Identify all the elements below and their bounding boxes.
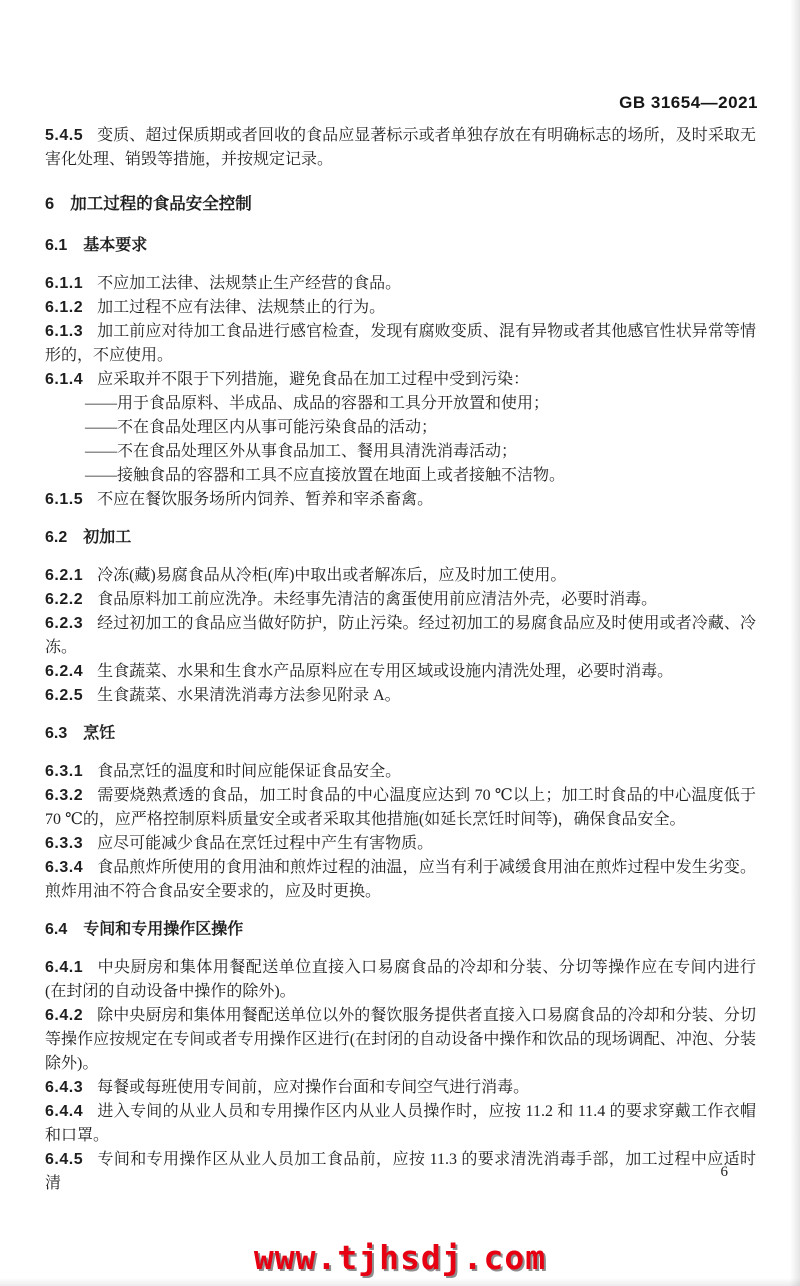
clause-6.3.2: 6.3.2需要烧熟煮透的食品，加工时食品的中心温度应达到 70 ℃以上；加工时食… [45,784,756,832]
clause-6.4.4: 6.4.4进入专间的从业人员和专用操作区内从业人员操作时，应按 11.2 和 1… [45,1100,756,1148]
section-heading-6.4: 6.4专间和专用操作区操作 [45,918,756,942]
clause-6.3.1: 6.3.1食品烹饪的温度和时间应能保证食品安全。 [45,760,756,784]
clause-number: 6.4.4 [45,1103,97,1120]
section-heading-6.3: 6.3烹饪 [45,722,756,746]
clause-number: 6.3.2 [45,787,97,804]
clause-number: 5.4.5 [45,127,97,144]
clause-6.2.2: 6.2.2食品原料加工前应洗净。未经事先清洁的禽蛋使用前应清洁外壳，必要时消毒。 [45,588,756,612]
clause-number: 6.2.3 [45,615,97,632]
clause-number: 6.3.1 [45,763,97,780]
section-heading-6.2: 6.2初加工 [45,526,756,550]
dash-item: ——用于食品原料、半成品、成品的容器和工具分开放置和使用； [45,392,756,416]
clause-6.3.4: 6.3.4食品煎炸所使用的食用油和煎炸过程的油温，应当有利于减缓食用油在煎炸过程… [45,856,756,904]
clause-6.4.2: 6.4.2除中央厨房和集体用餐配送单位以外的餐饮服务提供者直接入口易腐食品的冷却… [45,1004,756,1076]
document-page: GB 31654—2021 5.4.5变质、超过保质期或者回收的食品应显著标示或… [0,0,800,1286]
page-number: 6 [721,1164,729,1181]
clause-number: 6.1.2 [45,299,97,316]
clause-number: 6.4.5 [45,1151,97,1168]
clause-6.2.3: 6.2.3经过初加工的食品应当做好防护，防止污染。经过初加工的易腐食品应及时使用… [45,612,756,660]
clause-number: 6.1 [45,237,83,254]
clause-number: 6.2.2 [45,591,97,608]
clause-6.3.3: 6.3.3应尽可能减少食品在烹饪过程中产生有害物质。 [45,832,756,856]
clause-number: 6.1.4 [45,371,97,388]
clause-6.1.4: 6.1.4应采取并不限于下列措施，避免食品在加工过程中受到污染： [45,368,756,392]
clause-5.4.5: 5.4.5变质、超过保质期或者回收的食品应显著标示或者单独存放在有明确标志的场所… [45,124,756,172]
clause-number: 6.2.4 [45,663,97,680]
clause-6.1.5: 6.1.5不应在餐饮服务场所内饲养、暂养和宰杀畜禽。 [45,488,756,512]
clause-number: 6.4.3 [45,1079,97,1096]
clause-6.4.5: 6.4.5专间和专用操作区从业人员加工食品前，应按 11.3 的要求清洗消毒手部… [45,1148,756,1196]
clause-6.1.3: 6.1.3加工前应对待加工食品进行感官检查，发现有腐败变质、混有异物或者其他感官… [45,320,756,368]
clause-number: 6.1.3 [45,323,97,340]
clause-6.2.1: 6.2.1冷冻(藏)易腐食品从冷柜(库)中取出或者解冻后，应及时加工使用。 [45,564,756,588]
document-body: 5.4.5变质、超过保质期或者回收的食品应显著标示或者单独存放在有明确标志的场所… [45,124,756,1196]
clause-6.2.5: 6.2.5生食蔬菜、水果清洗消毒方法参见附录 A。 [45,684,756,708]
clause-number: 6.4.2 [45,1007,97,1024]
clause-6.4.3: 6.4.3每餐或每班使用专间前，应对操作台面和专间空气进行消毒。 [45,1076,756,1100]
dash-item: ——不在食品处理区内从事可能污染食品的活动； [45,416,756,440]
dash-item: ——不在食品处理区外从事食品加工、餐用具清洗消毒活动； [45,440,756,464]
clause-number: 6.3.4 [45,859,97,876]
clause-number: 6.1.1 [45,275,97,292]
clause-number: 6.3.3 [45,835,97,852]
clause-6.4.1: 6.4.1中央厨房和集体用餐配送单位直接入口易腐食品的冷却和分装、分切等操作应在… [45,956,756,1004]
clause-number: 6.1.5 [45,491,97,508]
standard-number: GB 31654—2021 [619,93,758,113]
section-heading-6: 6加工过程的食品安全控制 [45,192,756,216]
section-heading-6.1: 6.1基本要求 [45,234,756,258]
watermark-url: www.tjhsdj.com [0,1238,800,1277]
clause-number: 6 [45,195,70,213]
clause-number: 6.4 [45,921,83,938]
clause-6.1.1: 6.1.1不应加工法律、法规禁止生产经营的食品。 [45,272,756,296]
clause-6.2.4: 6.2.4生食蔬菜、水果和生食水产品原料应在专用区域或设施内清洗处理，必要时消毒… [45,660,756,684]
clause-number: 6.2.5 [45,687,97,704]
clause-6.1.2: 6.1.2加工过程不应有法律、法规禁止的行为。 [45,296,756,320]
dash-item: ——接触食品的容器和工具不应直接放置在地面上或者接触不洁物。 [45,464,756,488]
clause-number: 6.3 [45,725,83,742]
clause-number: 6.4.1 [45,959,97,976]
clause-number: 6.2 [45,529,83,546]
clause-number: 6.2.1 [45,567,97,584]
